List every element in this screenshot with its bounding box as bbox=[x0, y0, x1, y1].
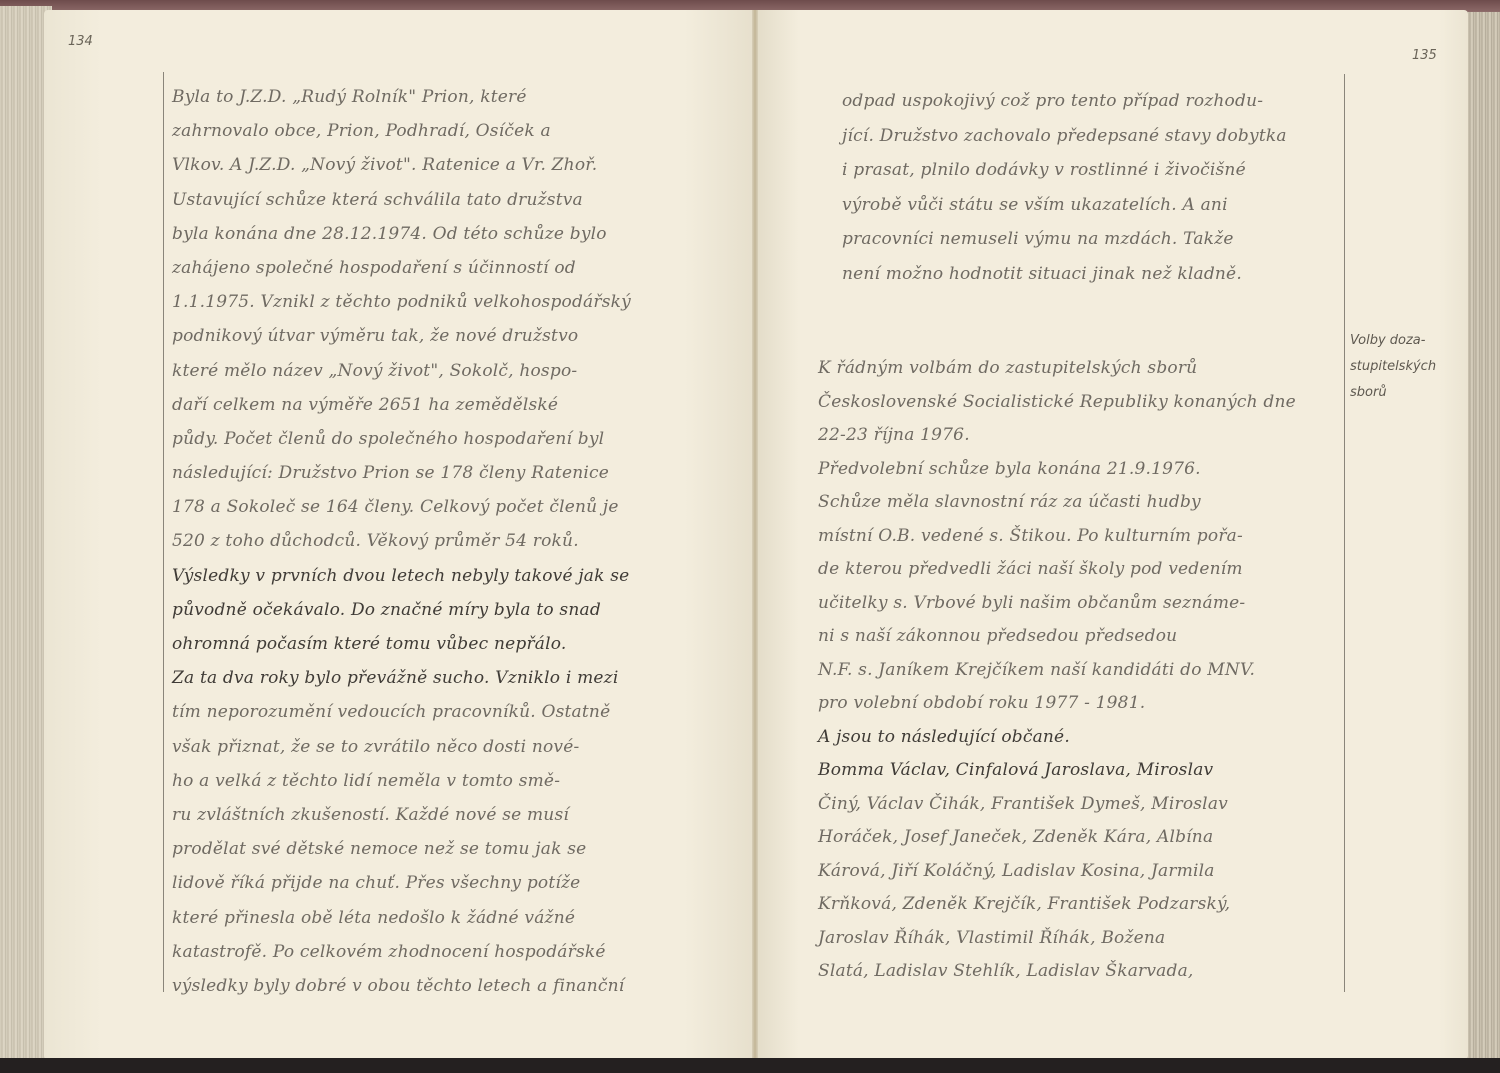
margin-note-line: sborů bbox=[1350, 380, 1436, 406]
bottom-shadow bbox=[0, 1058, 1500, 1073]
handwritten-line: K řádným volbám do zastupitelských sborů bbox=[818, 352, 1342, 386]
handwritten-line: ni s naší zákonnou předsedou předsedou bbox=[818, 620, 1342, 654]
handwritten-line: katastrofě. Po celkovém zhodnocení hospo… bbox=[172, 935, 712, 969]
handwritten-line: N.F. s. Janíkem Krejčíkem naší kandidáti… bbox=[818, 654, 1342, 688]
handwritten-line: A jsou to následující občané. bbox=[818, 721, 1342, 755]
handwritten-line: zahájeno společné hospodaření s účinnost… bbox=[172, 251, 712, 285]
handwritten-line: tím neporozumění vedoucích pracovníků. O… bbox=[172, 695, 712, 729]
handwritten-line: výrobě vůči státu se vším ukazatelích. A… bbox=[842, 188, 1342, 223]
handwritten-line: pro volební období roku 1977 - 1981. bbox=[818, 687, 1342, 721]
handwritten-line: ru zvláštních zkušeností. Každé nové se … bbox=[172, 798, 712, 832]
handwritten-line: ho a velká z těchto lidí neměla v tomto … bbox=[172, 764, 712, 798]
handwritten-line: Schůze měla slavnostní ráz za účasti hud… bbox=[818, 486, 1342, 520]
handwritten-line: podnikový útvar výměru tak, že nové druž… bbox=[172, 319, 712, 353]
handwritten-line: 22-23 října 1976. bbox=[818, 419, 1342, 453]
handwritten-line: pracovníci nemuseli výmu na mzdách. Takž… bbox=[842, 222, 1342, 257]
handwritten-line: Předvolební schůze byla konána 21.9.1976… bbox=[818, 453, 1342, 487]
handwritten-line: de kterou předvedli žáci naší školy pod … bbox=[818, 553, 1342, 587]
handwritten-line: místní O.B. vedené s. Štikou. Po kulturn… bbox=[818, 520, 1342, 554]
margin-note-line: Volby doza- bbox=[1350, 328, 1436, 354]
right-page-text-bottom: K řádným volbám do zastupitelských sborů… bbox=[818, 352, 1342, 989]
left-page-text: Byla to J.Z.D. „Rudý Rolník" Prion, kter… bbox=[172, 80, 712, 1003]
handwritten-line: odpad uspokojivý což pro tento případ ro… bbox=[842, 84, 1342, 119]
handwritten-line: 1.1.1975. Vznikl z těchto podniků velkoh… bbox=[172, 285, 712, 319]
handwritten-line: Horáček, Josef Janeček, Zdeněk Kára, Alb… bbox=[818, 821, 1342, 855]
handwritten-line: půdy. Počet členů do společného hospodař… bbox=[172, 422, 712, 456]
handwritten-line: Za ta dva roky bylo převážně sucho. Vzni… bbox=[172, 661, 712, 695]
handwritten-line: Kárová, Jiří Koláčný, Ladislav Kosina, J… bbox=[818, 855, 1342, 889]
handwritten-line: Vlkov. A J.Z.D. „Nový život". Ratenice a… bbox=[172, 148, 712, 182]
handwritten-line: Krňková, Zdeněk Krejčík, František Podza… bbox=[818, 888, 1342, 922]
handwritten-line: daří celkem na výměře 2651 ha zemědělské bbox=[172, 388, 712, 422]
handwritten-line: jící. Družstvo zachovalo předepsané stav… bbox=[842, 119, 1342, 154]
handwritten-line: 520 z toho důchodců. Věkový průměr 54 ro… bbox=[172, 524, 712, 558]
right-page-number: 135 bbox=[1412, 48, 1437, 63]
right-margin-rule bbox=[1344, 74, 1345, 992]
handwritten-line: Československé Socialistické Republiky k… bbox=[818, 386, 1342, 420]
margin-note-elections: Volby doza-stupitelskýchsborů bbox=[1350, 328, 1436, 406]
handwritten-line: výsledky byly dobré v obou těchto letech… bbox=[172, 969, 712, 1003]
handwritten-line: Jaroslav Říhák, Vlastimil Říhák, Božena bbox=[818, 922, 1342, 956]
handwritten-line: ohromná počasím které tomu vůbec nepřálo… bbox=[172, 627, 712, 661]
handwritten-line: lidově říká přijde na chuť. Přes všechny… bbox=[172, 866, 712, 900]
left-page-number: 134 bbox=[68, 34, 93, 49]
handwritten-line: Byla to J.Z.D. „Rudý Rolník" Prion, kter… bbox=[172, 80, 712, 114]
handwritten-line: původně očekávalo. Do značné míry byla t… bbox=[172, 593, 712, 627]
book-gutter bbox=[752, 10, 758, 1060]
handwritten-line: 178 a Sokoleč se 164 členy. Celkový poče… bbox=[172, 490, 712, 524]
handwritten-line: však přiznat, že se to zvrátilo něco dos… bbox=[172, 730, 712, 764]
handwritten-line: zahrnovalo obce, Prion, Podhradí, Osíček… bbox=[172, 114, 712, 148]
book-scan: 134 Byla to J.Z.D. „Rudý Rolník" Prion, … bbox=[0, 0, 1500, 1073]
handwritten-line: byla konána dne 28.12.1974. Od této schů… bbox=[172, 217, 712, 251]
handwritten-line: prodělat své dětské nemoce než se tomu j… bbox=[172, 832, 712, 866]
handwritten-line: učitelky s. Vrbové byli našim občanům se… bbox=[818, 587, 1342, 621]
handwritten-line: které mělo název „Nový život", Sokolč, h… bbox=[172, 354, 712, 388]
handwritten-line: Slatá, Ladislav Stehlík, Ladislav Škarva… bbox=[818, 955, 1342, 989]
margin-note-line: stupitelských bbox=[1350, 354, 1436, 380]
right-page-text-top: odpad uspokojivý což pro tento případ ro… bbox=[842, 84, 1342, 291]
handwritten-line: Výsledky v prvních dvou letech nebyly ta… bbox=[172, 559, 712, 593]
handwritten-line: není možno hodnotit situaci jinak než kl… bbox=[842, 257, 1342, 292]
handwritten-line: Činý, Václav Čihák, František Dymeš, Mir… bbox=[818, 788, 1342, 822]
handwritten-line: které přinesla obě léta nedošlo k žádné … bbox=[172, 901, 712, 935]
left-margin-rule bbox=[163, 72, 164, 992]
handwritten-line: Bomma Václav, Cinfalová Jaroslava, Miros… bbox=[818, 754, 1342, 788]
handwritten-line: Ustavující schůze která schválila tato d… bbox=[172, 183, 712, 217]
handwritten-line: následující: Družstvo Prion se 178 členy… bbox=[172, 456, 712, 490]
handwritten-line: i prasat, plnilo dodávky v rostlinné i ž… bbox=[842, 153, 1342, 188]
